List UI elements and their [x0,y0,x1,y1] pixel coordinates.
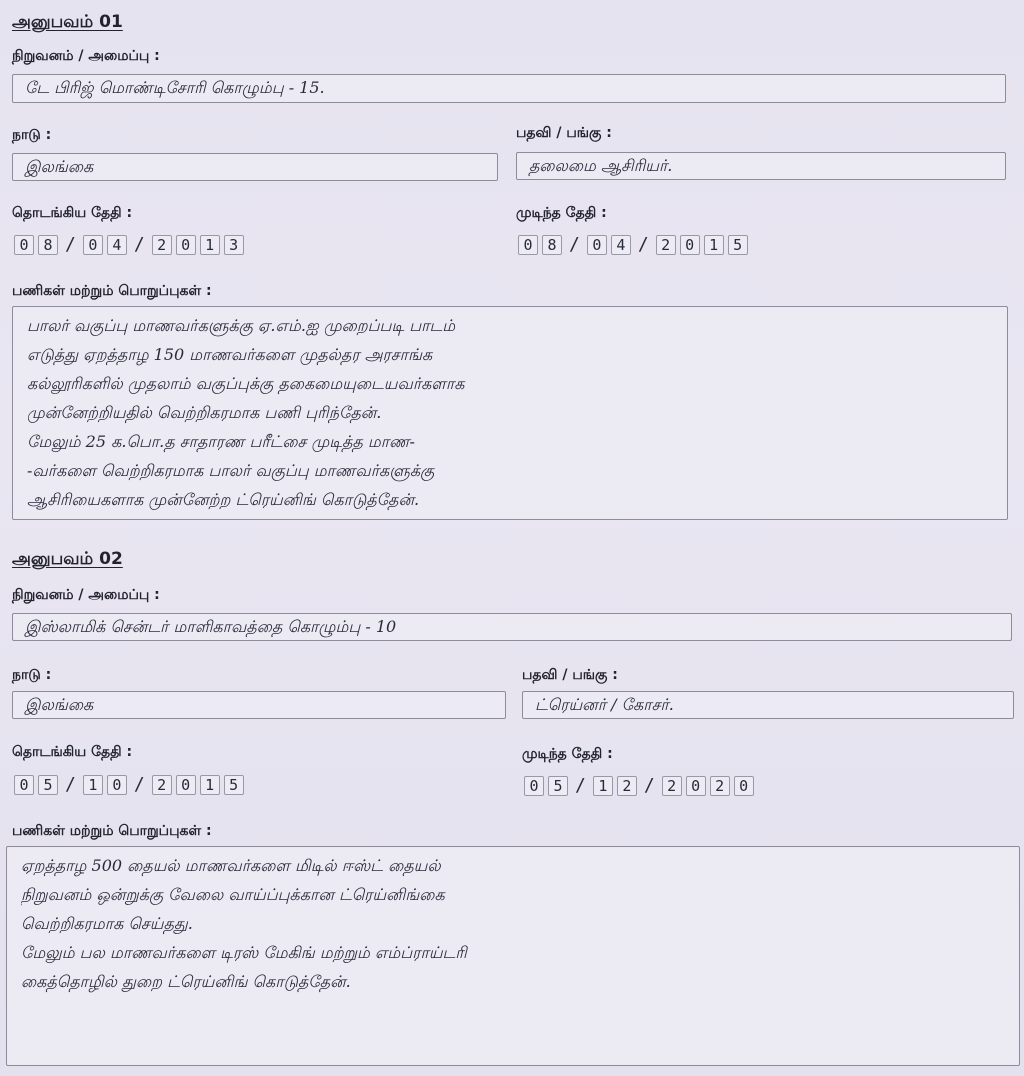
date-digit-box[interactable]: 3 [224,235,244,255]
date-digit-box[interactable]: 1 [704,235,724,255]
experience-1-title: அனுபவம் 01 [12,12,123,34]
date-digit-box[interactable]: 0 [14,235,34,255]
date-digit-box[interactable]: 1 [200,775,220,795]
duties-line: எடுத்து ஏறத்தாழ 150 மாணவர்களை முதல்தர அர… [27,340,993,369]
date-separator: / [635,234,652,255]
date-digit-box[interactable]: 0 [680,235,700,255]
duties-line: பாலர் வகுப்பு மாணவர்களுக்கு ஏ.எம்.ஐ முறை… [27,311,993,340]
duties-label-2: பணிகள் மற்றும் பொறுப்புகள் : [12,823,212,841]
country-field-1[interactable]: இலங்கை [12,153,498,181]
duties-line: ஆசிரியைகளாக முன்னேற்ற ட்ரெய்னிங் கொடுத்த… [27,485,993,514]
org-field-2[interactable]: இஸ்லாமிக் சென்டர் மாளிகாவத்தை கொழும்பு -… [12,613,1012,641]
position-field-2[interactable]: ட்ரெய்னர் / கோசர். [522,691,1014,719]
org-field-1[interactable]: டே பிரிஜ் மொண்டிசோரி கொழும்பு - 15. [12,74,1006,103]
duties-line: நிறுவனம் ஒன்றுக்கு வேலை வாய்ப்புக்கான ட்… [21,880,1005,909]
position-label-1: பதவி / பங்கு : [516,125,612,143]
date-digit-box[interactable]: 0 [518,235,538,255]
start-date-label-2: தொடங்கிய தேதி : [12,744,132,762]
date-separator: / [566,234,583,255]
date-digit-box[interactable]: 0 [83,235,103,255]
date-digit-box[interactable]: 5 [224,775,244,795]
country-field-2[interactable]: இலங்கை [12,691,506,719]
duties-textarea-2[interactable]: ஏறத்தாழ 500 தையல் மாணவர்களை மிடில் ஈஸ்ட்… [6,846,1020,1066]
date-digit-box[interactable]: 2 [152,775,172,795]
date-digit-box[interactable]: 2 [710,776,730,796]
date-separator: / [62,234,79,255]
date-separator: / [62,774,79,795]
date-digit-box[interactable]: 0 [734,776,754,796]
org-label-2: நிறுவனம் / அமைப்பு : [12,587,160,605]
date-digit-box[interactable]: 0 [587,235,607,255]
date-digit-box[interactable]: 8 [38,235,58,255]
date-digit-box[interactable]: 5 [38,775,58,795]
date-digit-box[interactable]: 0 [686,776,706,796]
date-digit-box[interactable]: 0 [524,776,544,796]
end-date-2[interactable]: 05/12/2020 [524,775,754,796]
date-digit-box[interactable]: 5 [548,776,568,796]
duties-line: மேலும் பல மாணவர்களை டிரஸ் மேகிங் மற்றும்… [21,938,1005,967]
date-separator: / [572,775,589,796]
date-digit-box[interactable]: 4 [611,235,631,255]
duties-label-1: பணிகள் மற்றும் பொறுப்புகள் : [12,283,212,301]
date-separator: / [131,774,148,795]
country-label-2: நாடு : [12,667,51,685]
duties-line: -வர்களை வெற்றிகரமாக பாலர் வகுப்பு மாணவர்… [27,456,993,485]
start-date-label-1: தொடங்கிய தேதி : [12,205,132,223]
date-separator: / [641,775,658,796]
date-digit-box[interactable]: 0 [107,775,127,795]
end-date-label-1: முடிந்த தேதி : [516,205,607,223]
date-digit-box[interactable]: 2 [656,235,676,255]
date-digit-box[interactable]: 0 [176,235,196,255]
org-label-1: நிறுவனம் / அமைப்பு : [12,48,160,66]
date-digit-box[interactable]: 2 [617,776,637,796]
date-digit-box[interactable]: 1 [200,235,220,255]
duties-line: கல்லூரிகளில் முதலாம் வகுப்புக்கு தகைமையு… [27,369,993,398]
date-separator: / [131,234,148,255]
end-date-1[interactable]: 08/04/2015 [518,234,748,255]
country-label-1: நாடு : [12,127,51,145]
duties-line: மேலும் 25 க.பொ.த சாதாரண பரீட்சை முடித்த … [27,427,993,456]
date-digit-box[interactable]: 1 [83,775,103,795]
start-date-1[interactable]: 08/04/2013 [14,234,244,255]
experience-2-title: அனுபவம் 02 [12,549,123,571]
date-digit-box[interactable]: 1 [593,776,613,796]
start-date-2[interactable]: 05/10/2015 [14,774,244,795]
duties-textarea-1[interactable]: பாலர் வகுப்பு மாணவர்களுக்கு ஏ.எம்.ஐ முறை… [12,306,1008,520]
duties-line: வெற்றிகரமாக செய்தது. [21,909,1005,938]
end-date-label-2: முடிந்த தேதி : [522,746,613,764]
date-digit-box[interactable]: 4 [107,235,127,255]
date-digit-box[interactable]: 2 [662,776,682,796]
date-digit-box[interactable]: 0 [176,775,196,795]
position-field-1[interactable]: தலைமை ஆசிரியர். [516,152,1006,180]
duties-line: கைத்தொழில் துறை ட்ரெய்னிங் கொடுத்தேன். [21,967,1005,996]
date-digit-box[interactable]: 2 [152,235,172,255]
date-digit-box[interactable]: 5 [728,235,748,255]
position-label-2: பதவி / பங்கு : [522,667,618,685]
duties-line: ஏறத்தாழ 500 தையல் மாணவர்களை மிடில் ஈஸ்ட்… [21,851,1005,880]
date-digit-box[interactable]: 0 [14,775,34,795]
date-digit-box[interactable]: 8 [542,235,562,255]
duties-line: முன்னேற்றியதில் வெற்றிகரமாக பணி புரிந்தே… [27,398,993,427]
